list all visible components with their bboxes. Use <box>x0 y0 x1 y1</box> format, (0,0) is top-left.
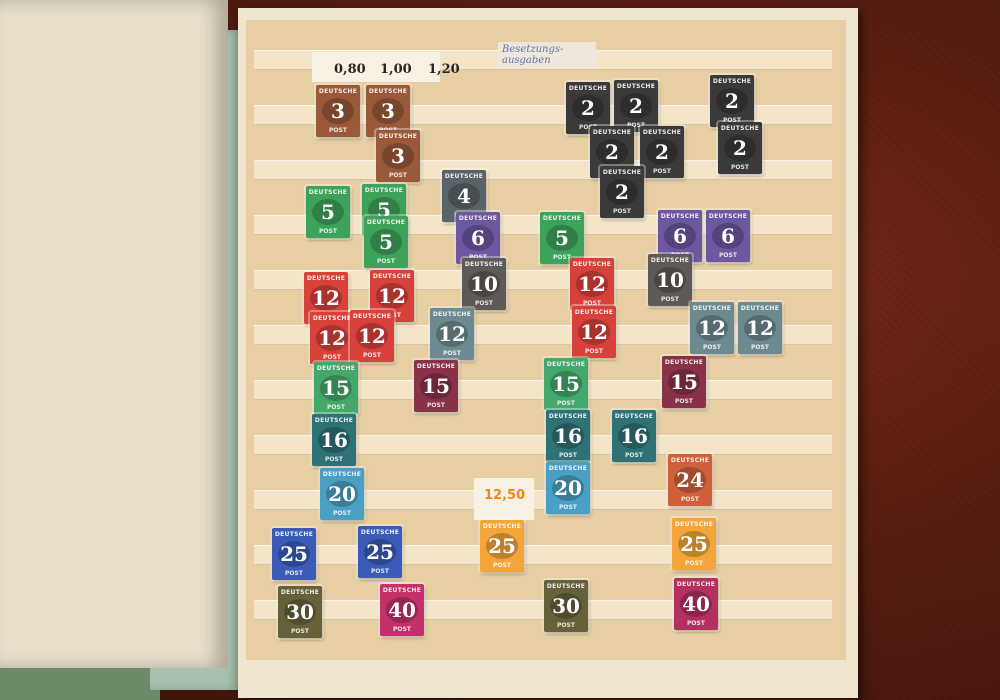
stamp-header: DEUTSCHE <box>365 187 403 194</box>
stamp: DEUTSCHE25POST <box>480 520 524 572</box>
stamp-value: 30 <box>550 593 582 619</box>
stamp-footer: POST <box>329 127 347 134</box>
stamp-footer: POST <box>553 254 571 261</box>
margin-value-3: 1,20 <box>428 62 460 77</box>
stamp: DEUTSCHE12POST <box>738 302 782 354</box>
stamp-header: DEUTSCHE <box>573 261 611 268</box>
stamp-value: 25 <box>278 541 310 567</box>
stamp: DEUTSCHE16POST <box>612 410 656 462</box>
stamp: DEUTSCHE40POST <box>380 584 424 636</box>
stamp-footer: POST <box>557 622 575 629</box>
stamp-header: DEUTSCHE <box>603 169 641 176</box>
stamp-value: 2 <box>620 93 652 119</box>
stamp-header: DEUTSCHE <box>445 173 483 180</box>
stamp: DEUTSCHE2POST <box>710 75 754 127</box>
stamp: DEUTSCHE10POST <box>648 254 692 306</box>
stamp: DEUTSCHE3POST <box>376 130 420 182</box>
stamp-value: 16 <box>618 423 650 449</box>
stamp-value: 2 <box>724 135 756 161</box>
stamp-value: 5 <box>546 225 578 251</box>
stamp-header: DEUTSCHE <box>593 129 631 136</box>
stamp: DEUTSCHE30POST <box>278 586 322 638</box>
stamp-header: DEUTSCHE <box>713 78 751 85</box>
stamp-value: 3 <box>322 98 354 124</box>
stamp-header: DEUTSCHE <box>643 129 681 136</box>
stamp-footer: POST <box>371 568 389 575</box>
stamp: DEUTSCHE15POST <box>414 360 458 412</box>
stamp-value: 2 <box>646 139 678 165</box>
stamp-footer: POST <box>427 402 445 409</box>
stamp-value: 24 <box>674 467 706 493</box>
stamp: DEUTSCHE24POST <box>668 454 712 506</box>
stamp: DEUTSCHE6POST <box>456 212 500 264</box>
stamp: DEUTSCHE10POST <box>462 258 506 310</box>
stamp: DEUTSCHE5POST <box>540 212 584 264</box>
stamp-header: DEUTSCHE <box>661 213 699 220</box>
stamp-value: 40 <box>386 597 418 623</box>
stamp-value: 40 <box>680 591 712 617</box>
handwritten-note: Besetzungs-ausgaben <box>498 42 596 68</box>
stamp-footer: POST <box>377 258 395 265</box>
stamp-value: 12 <box>696 315 728 341</box>
stamp-header: DEUTSCHE <box>275 531 313 538</box>
stamp-header: DEUTSCHE <box>379 133 417 140</box>
stamp-value: 12 <box>576 271 608 297</box>
stamp-header: DEUTSCHE <box>547 361 585 368</box>
stamp-value: 3 <box>382 143 414 169</box>
stamp: DEUTSCHE12POST <box>570 258 614 310</box>
stamp: DEUTSCHE16POST <box>546 410 590 462</box>
stamp-footer: POST <box>443 350 461 357</box>
stamp-footer: POST <box>475 300 493 307</box>
stamp-value: 4 <box>448 183 480 209</box>
stamp-footer: POST <box>291 628 309 635</box>
stamp: DEUTSCHE5POST <box>306 186 350 238</box>
stamp-value: 12 <box>578 319 610 345</box>
stamp-header: DEUTSCHE <box>569 85 607 92</box>
stamp-value: 15 <box>550 371 582 397</box>
stamp-header: DEUTSCHE <box>665 359 703 366</box>
stamp: DEUTSCHE16POST <box>312 414 356 466</box>
stamp-header: DEUTSCHE <box>651 257 689 264</box>
stamp-header: DEUTSCHE <box>309 189 347 196</box>
stamp-header: DEUTSCHE <box>361 529 399 536</box>
stamp-footer: POST <box>493 562 511 569</box>
stamp-footer: POST <box>625 452 643 459</box>
stamp-value: 6 <box>712 223 744 249</box>
stamp: DEUTSCHE2POST <box>614 80 658 132</box>
margin-value-1: 0,80 <box>334 62 366 77</box>
stamp: DEUTSCHE12POST <box>690 302 734 354</box>
stamp-footer: POST <box>333 510 351 517</box>
stamp-value: 25 <box>486 533 518 559</box>
stamp-header: DEUTSCHE <box>693 305 731 312</box>
stamp-value: 12 <box>436 321 468 347</box>
stamp-header: DEUTSCHE <box>615 413 653 420</box>
stamp: DEUTSCHE6POST <box>706 210 750 262</box>
stamp-value: 12 <box>744 315 776 341</box>
stamp: DEUTSCHE40POST <box>674 578 718 630</box>
stamp: DEUTSCHE25POST <box>358 526 402 578</box>
stamp-value: 20 <box>326 481 358 507</box>
stamp-value: 2 <box>716 88 748 114</box>
stamp-value: 20 <box>552 475 584 501</box>
stamp: DEUTSCHE2POST <box>600 166 644 218</box>
stamp-header: DEUTSCHE <box>369 88 407 95</box>
stamp-footer: POST <box>687 620 705 627</box>
stamp: DEUTSCHE2POST <box>718 122 762 174</box>
stamp-header: DEUTSCHE <box>617 83 655 90</box>
stamp-header: DEUTSCHE <box>373 273 411 280</box>
stamp-value: 16 <box>318 427 350 453</box>
stamp-value: 25 <box>678 531 710 557</box>
stamp-footer: POST <box>653 168 671 175</box>
stamp-value: 10 <box>468 271 500 297</box>
stamp-value: 12 <box>316 325 348 351</box>
stamp: DEUTSCHE20POST <box>546 462 590 514</box>
stamp-footer: POST <box>703 344 721 351</box>
stamp-footer: POST <box>585 348 603 355</box>
stamp-header: DEUTSCHE <box>543 215 581 222</box>
stamp: DEUTSCHE15POST <box>544 358 588 410</box>
stamp-footer: POST <box>685 560 703 567</box>
stamp: DEUTSCHE2POST <box>640 126 684 178</box>
stamp-header: DEUTSCHE <box>319 88 357 95</box>
stamp-value: 5 <box>370 229 402 255</box>
stamp-header: DEUTSCHE <box>483 523 521 530</box>
stamp-header: DEUTSCHE <box>709 213 747 220</box>
stockbook-strip <box>254 545 832 565</box>
stamp-value: 30 <box>284 599 316 625</box>
stamp-header: DEUTSCHE <box>323 471 361 478</box>
left-album-page <box>0 0 228 668</box>
stamp-value: 15 <box>320 375 352 401</box>
stamp: DEUTSCHE12POST <box>572 306 616 358</box>
margin-value-2: 1,00 <box>380 62 412 77</box>
stamp-value: 25 <box>364 539 396 565</box>
stamp-value: 2 <box>572 95 604 121</box>
stamp-footer: POST <box>613 208 631 215</box>
stamp-value: 10 <box>654 267 686 293</box>
stamp-header: DEUTSCHE <box>677 581 715 588</box>
stamp-header: DEUTSCHE <box>353 313 391 320</box>
stamp-value: 12 <box>310 285 342 311</box>
stamp-header: DEUTSCHE <box>315 417 353 424</box>
sheet-margin <box>312 52 440 82</box>
margin-value-orange: 12,50 <box>484 488 525 503</box>
stamp-footer: POST <box>661 296 679 303</box>
stamp: DEUTSCHE25POST <box>672 518 716 570</box>
stamp: DEUTSCHE12POST <box>430 308 474 360</box>
stamp-footer: POST <box>325 456 343 463</box>
stamp-header: DEUTSCHE <box>417 363 455 370</box>
stamp-header: DEUTSCHE <box>549 413 587 420</box>
stamp-header: DEUTSCHE <box>741 305 779 312</box>
stamp: DEUTSCHE15POST <box>314 362 358 414</box>
stockbook-strip <box>254 600 832 620</box>
stamp-value: 6 <box>462 225 494 251</box>
stamp: DEUTSCHE3POST <box>316 85 360 137</box>
stamp-footer: POST <box>285 570 303 577</box>
stamp-value: 15 <box>668 369 700 395</box>
stamp-footer: POST <box>393 626 411 633</box>
stamp-value: 12 <box>376 283 408 309</box>
stamp-header: DEUTSCHE <box>383 587 421 594</box>
stamp-header: DEUTSCHE <box>465 261 503 268</box>
stamp: DEUTSCHE15POST <box>662 356 706 408</box>
stamp-header: DEUTSCHE <box>281 589 319 596</box>
stamp-footer: POST <box>389 172 407 179</box>
stamp: DEUTSCHE12POST <box>350 310 394 362</box>
stamp: DEUTSCHE20POST <box>320 468 364 520</box>
stamp-footer: POST <box>323 354 341 361</box>
stamp-footer: POST <box>675 398 693 405</box>
stamp-header: DEUTSCHE <box>675 521 713 528</box>
stamp-value: 2 <box>596 139 628 165</box>
stamp-header: DEUTSCHE <box>317 365 355 372</box>
stamp-value: 3 <box>372 98 404 124</box>
stamp-header: DEUTSCHE <box>307 275 345 282</box>
stamp-header: DEUTSCHE <box>367 219 405 226</box>
stamp-value: 12 <box>356 323 388 349</box>
stamp-header: DEUTSCHE <box>721 125 759 132</box>
stamp-footer: POST <box>559 504 577 511</box>
stamp: DEUTSCHE12POST <box>310 312 354 364</box>
stamp-footer: POST <box>751 344 769 351</box>
stamp-value: 16 <box>552 423 584 449</box>
stamp-footer: POST <box>319 228 337 235</box>
stamp-header: DEUTSCHE <box>671 457 709 464</box>
stamp-header: DEUTSCHE <box>459 215 497 222</box>
stamp-value: 2 <box>606 179 638 205</box>
stamp-header: DEUTSCHE <box>549 465 587 472</box>
stamp-header: DEUTSCHE <box>433 311 471 318</box>
stamp-value: 6 <box>664 223 696 249</box>
stamp: DEUTSCHE25POST <box>272 528 316 580</box>
stamp-footer: POST <box>327 404 345 411</box>
stamp-footer: POST <box>719 252 737 259</box>
stamp: DEUTSCHE30POST <box>544 580 588 632</box>
stamp-header: DEUTSCHE <box>575 309 613 316</box>
stamp-footer: POST <box>681 496 699 503</box>
stamp-footer: POST <box>731 164 749 171</box>
stamp-header: DEUTSCHE <box>547 583 585 590</box>
stamp-footer: POST <box>557 400 575 407</box>
stamp-value: 5 <box>312 199 344 225</box>
stamp-value: 15 <box>420 373 452 399</box>
stamp-header: DEUTSCHE <box>313 315 351 322</box>
stamp: DEUTSCHE5POST <box>364 216 408 268</box>
stamp-footer: POST <box>363 352 381 359</box>
stamp-footer: POST <box>559 452 577 459</box>
